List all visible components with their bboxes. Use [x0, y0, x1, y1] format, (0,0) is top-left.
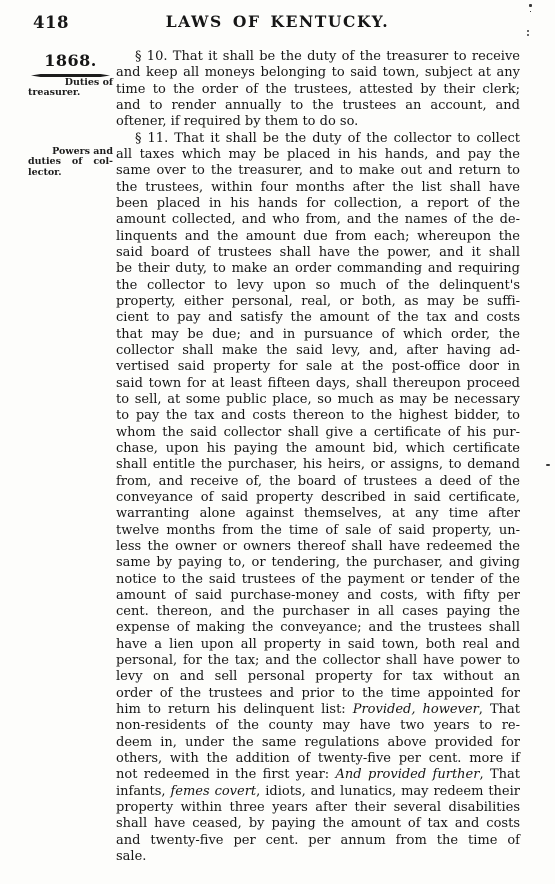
body-text-column: § 10. That it shall be the duty of the t… [116, 49, 520, 865]
text-line: whom the said collector shall give a cer… [116, 425, 520, 441]
text-line: said board of trustees shall have the po… [116, 245, 520, 261]
text-line: time to the order of the trustees, attes… [116, 82, 520, 98]
text-line: vertised said property for sale at the p… [116, 359, 520, 375]
book-page: 418 LAWS OF KENTUCKY. 1868. Duties oftre… [0, 0, 555, 884]
margin-note: Powers andduties of col-lector. [28, 147, 113, 178]
text-line: personal, for the tax; and the collector… [116, 653, 520, 669]
text-line: § 10. That it shall be the duty of the t… [116, 49, 520, 65]
text-line: conveyance of said property described in… [116, 490, 520, 506]
text-line: expense of making the conveyance; and th… [116, 620, 520, 636]
text-line: notice to the said trustees of the payme… [116, 572, 520, 588]
text-line: warranting alone against themselves, at … [116, 506, 520, 522]
text-line: collector shall make the said levy, and,… [116, 343, 520, 359]
text-line: and to render annually to the trustees a… [116, 98, 520, 114]
text-line: the collector to levy upon so much of th… [116, 278, 520, 294]
text-line: cient to pay and satisfy the amount of t… [116, 310, 520, 326]
text-line: to pay the tax and costs thereon to the … [116, 408, 520, 424]
text-line: non-residents of the county may have two… [116, 718, 520, 734]
margin-column: 1868. Duties oftreasurer.Powers anddutie… [28, 0, 113, 884]
text-line: others, with the addition of twenty-five… [116, 751, 520, 767]
text-line: shall entitle the purchaser, his heirs, … [116, 457, 520, 473]
text-line: deem in, under the same regulations abov… [116, 735, 520, 751]
text-line: shall have ceased, by paying the amount … [116, 816, 520, 832]
text-line: that may be due; and in pursuance of whi… [116, 327, 520, 343]
text-line: property, either personal, real, or both… [116, 294, 520, 310]
text-line: § 11. That it shall be the duty of the c… [116, 131, 520, 147]
text-line: not redeemed in the first year: And prov… [116, 767, 520, 783]
text-line: all taxes which may be placed in his han… [116, 147, 520, 163]
ink-speck [527, 30, 529, 32]
text-line: from, and receive of, the board of trust… [116, 474, 520, 490]
text-line: amount of said purchase-money and costs,… [116, 588, 520, 604]
text-line: the trustees, within four months after t… [116, 180, 520, 196]
margin-note-line: lector. [28, 168, 113, 178]
text-line: order of the trustees and prior to the t… [116, 686, 520, 702]
text-line: same by paying to, or tendering, the pur… [116, 555, 520, 571]
text-line: and keep all moneys belonging to said to… [116, 65, 520, 81]
text-line: and twenty-five per cent. per annum from… [116, 833, 520, 849]
text-line: less the owner or owners thereof shall h… [116, 539, 520, 555]
margin-note: Duties oftreasurer. [28, 78, 113, 99]
text-line: be their duty, to make an order commandi… [116, 261, 520, 277]
text-line: him to return his delinquent list: Provi… [116, 702, 520, 718]
margin-note-line: treasurer. [28, 88, 113, 98]
text-line: cent. thereon, and the purchaser in all … [116, 604, 520, 620]
margin-year: 1868. [28, 51, 113, 70]
text-line: said town for at least fifteen days, sha… [116, 376, 520, 392]
text-line: amount collected, and who from, and the … [116, 212, 520, 228]
text-line: have a lien upon all property in said to… [116, 637, 520, 653]
text-line: sale. [116, 849, 520, 865]
text-line: property within three years after their … [116, 800, 520, 816]
text-line: same over to the treasurer, and to make … [116, 163, 520, 179]
text-line: levy on and sell personal property for t… [116, 669, 520, 685]
ink-speck [529, 4, 532, 7]
text-line: to sell, at some public place, so much a… [116, 392, 520, 408]
ink-speck [546, 464, 550, 466]
text-line: infants, femes covert, idiots, and lunat… [116, 784, 520, 800]
text-line: twelve months from the time of sale of s… [116, 523, 520, 539]
text-line: oftener, if required by them to do so. [116, 114, 520, 130]
text-line: been placed in his hands for collection,… [116, 196, 520, 212]
text-line: chase, upon his paying the amount bid, w… [116, 441, 520, 457]
text-line: linquents and the amount due from each; … [116, 229, 520, 245]
